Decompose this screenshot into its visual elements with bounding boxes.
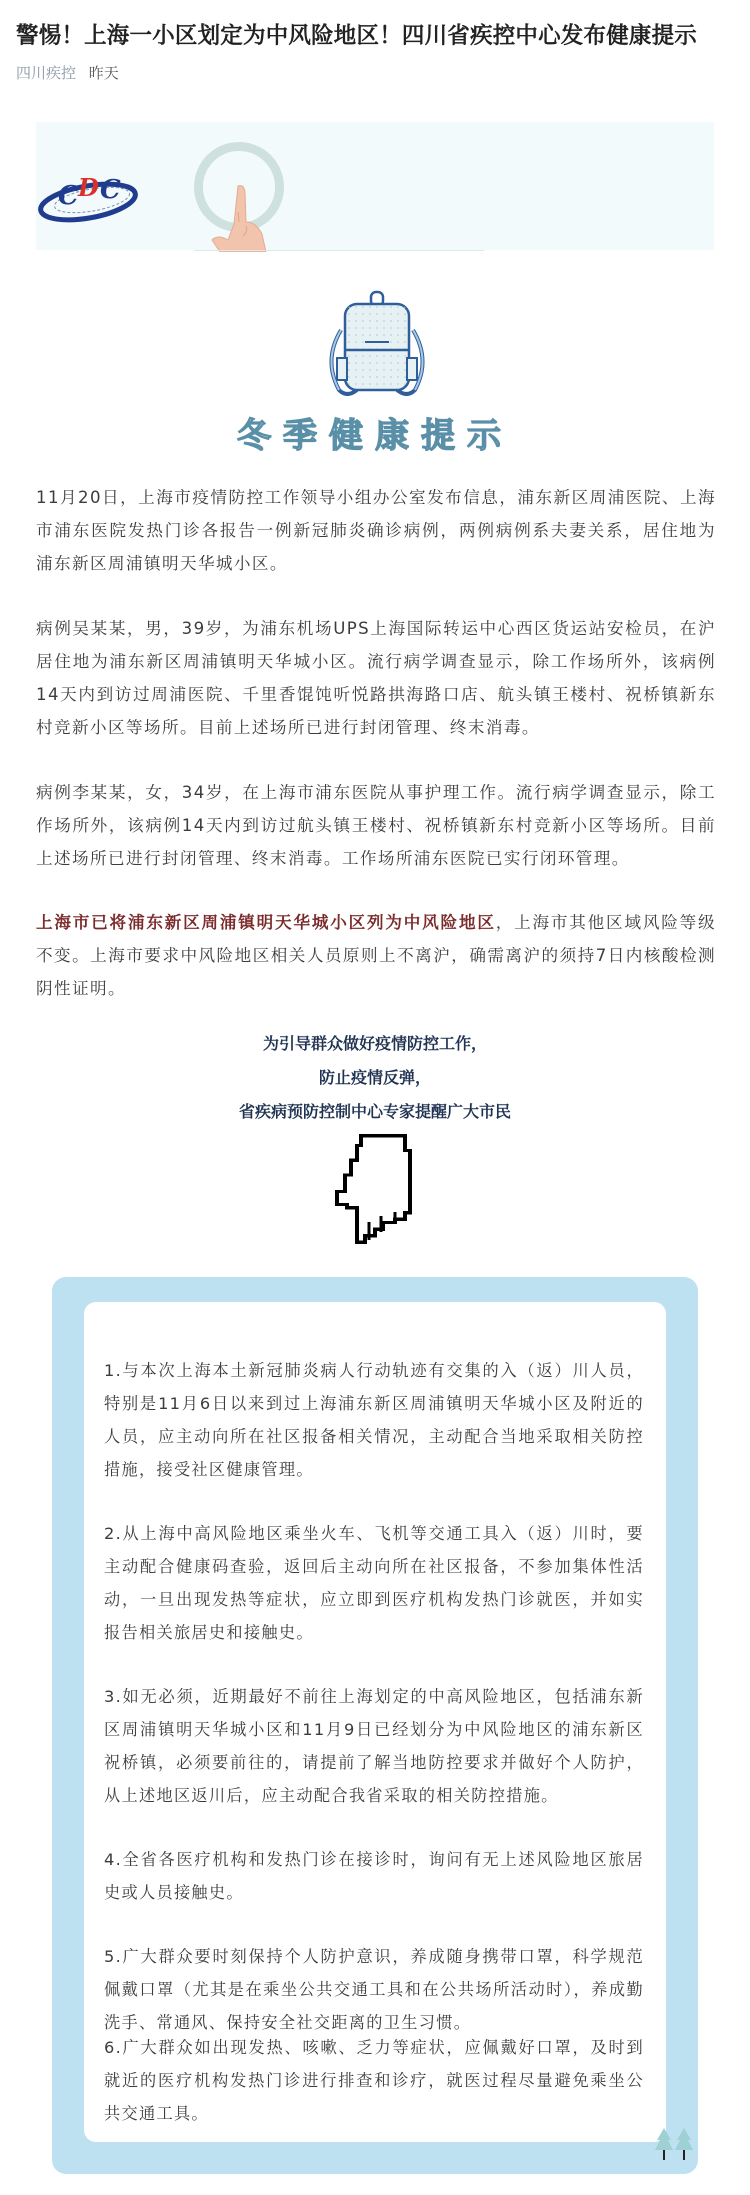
tip-6: 6.广大群众如出现发热、咳嗽、乏力等症状，应佩戴好口罩，及时到就近的医疗机构发热… xyxy=(104,2031,644,2130)
risk-area-highlight: 上海市已将浦东新区周浦镇明天华城小区列为中风险地区 xyxy=(36,913,496,932)
article-meta: 四川疾控 昨天 xyxy=(16,62,119,83)
banner-divider xyxy=(194,250,484,251)
article-title: 警惕！上海一小区划定为中风险地区！四川省疾控中心发布健康提示 xyxy=(16,18,697,50)
svg-text:C: C xyxy=(58,181,79,211)
tip-3: 3.如无必须，近期最好不前往上海划定的中高风险地区，包括浦东新区周浦镇明天华城小… xyxy=(104,1680,644,1812)
tip-4: 4.全省各医疗机构和发热门诊在接诊时，询问有无上述风险地区旅居史或人员接触史。 xyxy=(104,1843,644,1909)
svg-text:D: D xyxy=(77,173,99,202)
cdc-banner-image: C D C xyxy=(36,122,714,250)
paragraph-intro: 11月20日，上海市疫情防控工作领导小组办公室发布信息，浦东新区周浦医院、上海市… xyxy=(36,481,716,580)
callout-line-3: 省疾病预防控制中心专家提醒广大市民 xyxy=(0,1095,750,1128)
tip-5: 5.广大群众要时刻保持个人防护意识，养成随身携带口罩，科学规范佩戴口罩（尤其是在… xyxy=(104,1940,644,2039)
publish-time: 昨天 xyxy=(89,64,119,82)
tip-2: 2.从上海中高风险地区乘坐火车、飞机等交通工具入（返）川时，要主动配合健康码查验… xyxy=(104,1517,644,1649)
paragraph-case-1: 病例吴某某，男，39岁，为浦东机场UPS上海国际转运中心西区货运站安检员，在沪居… xyxy=(36,612,716,744)
cdc-logo-icon: C D C xyxy=(36,166,140,226)
callout-line-1: 为引导群众做好疫情防控工作， xyxy=(0,1027,750,1060)
backpack-icon xyxy=(325,290,429,400)
pointing-finger-illustration xyxy=(210,182,270,252)
tip-1: 1.与本次上海本土新冠肺炎病人行动轨迹有交集的入（返）川人员，特别是11月6日以… xyxy=(104,1354,644,1486)
pointing-down-hand-icon xyxy=(333,1134,417,1244)
winter-health-tips-heading: 冬季健康提示 xyxy=(0,408,750,457)
paragraph-risk-area: 上海市已将浦东新区周浦镇明天华城小区列为中风险地区，上海市其他区域风险等级不变。… xyxy=(36,906,716,1005)
callout-line-2: 防止疫情反弹， xyxy=(0,1061,750,1094)
pine-trees-icon xyxy=(654,2126,694,2162)
svg-text:C: C xyxy=(100,175,121,205)
paragraph-case-2: 病例李某某，女，34岁，在上海市浦东医院从事护理工作。流行病学调查显示，除工作场… xyxy=(36,776,716,875)
article-page: 警惕！上海一小区划定为中风险地区！四川省疾控中心发布健康提示 四川疾控 昨天 C… xyxy=(0,0,750,2195)
account-name-link[interactable]: 四川疾控 xyxy=(16,64,76,82)
